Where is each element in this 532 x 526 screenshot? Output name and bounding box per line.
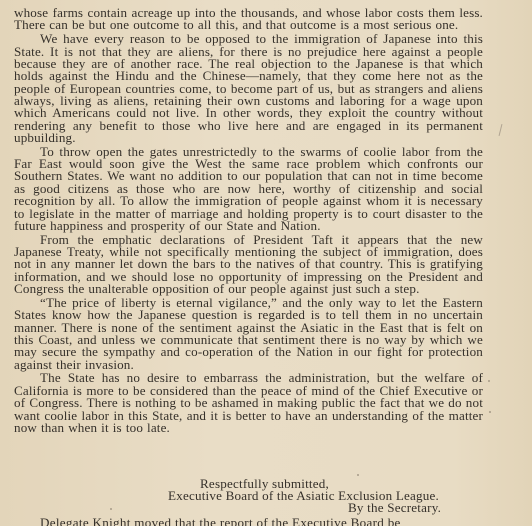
document-body: whose farms contain acreage up into the … — [14, 7, 483, 434]
paragraph-coolie-labor: To throw open the gates unrestrictedly t… — [14, 146, 483, 232]
paragraph-taft-treaty: From the emphatic declarations of Presid… — [14, 234, 483, 296]
truncated-next-line: Delegate Knight moved that the report of… — [40, 517, 401, 526]
margin-speck — [489, 411, 491, 413]
paragraph-continuation: whose farms contain acreage up into the … — [14, 7, 483, 32]
paragraph-state-welfare: The State has no desire to embarrass the… — [14, 372, 483, 434]
page-speck — [357, 474, 359, 476]
paragraph-opposition-to-immigration: We have every reason to be opposed to th… — [14, 33, 483, 144]
margin-mark — [499, 124, 503, 136]
margin-speck — [488, 380, 490, 382]
signature-by-secretary: By the Secretary. — [348, 502, 441, 514]
page-speck — [110, 508, 112, 510]
paragraph-eternal-vigilance: “The price of liberty is eternal vigilan… — [14, 297, 483, 371]
